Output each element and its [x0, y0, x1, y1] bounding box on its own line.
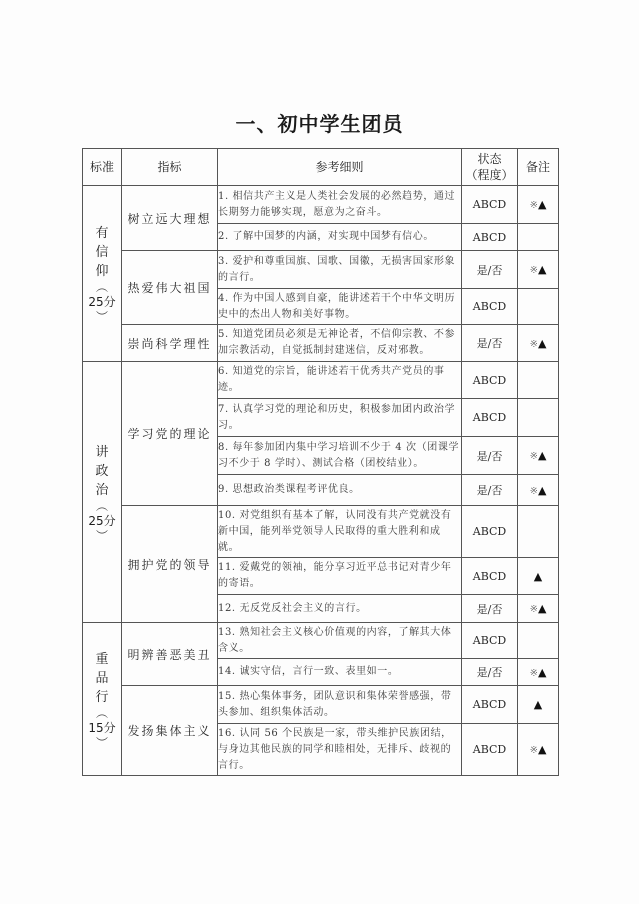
detail-cell: 15. 热心集体事务，团队意识和集体荣誉感强，带头参加、组织集体活动。 — [218, 686, 462, 724]
table-row: 发扬集体主义 15. 热心集体事务，团队意识和集体荣誉感强，带头参加、组织集体活… — [83, 686, 559, 724]
paren-open: ︵ — [83, 707, 121, 719]
status-cell: 是/否 — [462, 251, 518, 289]
reference-mark-icon: ※ — [530, 200, 538, 211]
detail-cell: 14. 诚实守信，言行一致、表里如一。 — [218, 659, 462, 686]
paren-open: ︵ — [83, 500, 121, 512]
remark-cell: ※▲ — [518, 325, 559, 362]
detail-cell: 2. 了解中国梦的内涵，对实现中国梦有信心。 — [218, 224, 462, 251]
header-status-line1: 状态 — [462, 151, 517, 167]
category-politics: 讲 政 治 ︵ 25分 ︶ — [83, 362, 122, 623]
triangle-icon: ▲ — [538, 337, 546, 350]
category-char: 讲 — [83, 443, 121, 462]
detail-cell: 6. 知道党的宗旨，能讲述若干优秀共产党员的事迹。 — [218, 362, 462, 399]
triangle-icon: ▲ — [538, 198, 546, 211]
detail-cell: 7. 认真学习党的理论和历史，积极参加团内政治学习。 — [218, 399, 462, 437]
status-cell: 是/否 — [462, 475, 518, 506]
status-cell: ABCD — [462, 289, 518, 325]
detail-cell: 13. 熟知社会主义核心价值观的内容，了解其大体含义。 — [218, 623, 462, 659]
paren-close: ︶ — [83, 530, 121, 542]
indicator-cell: 拥护党的领导 — [122, 506, 218, 623]
triangle-icon: ▲ — [538, 484, 546, 497]
evaluation-table: 标准 指标 参考细则 状态 （程度） 备注 有 信 仰 ︵ 25分 ︶ 树立远 — [82, 148, 559, 776]
triangle-icon: ▲ — [534, 570, 542, 583]
remark-cell — [518, 506, 559, 558]
triangle-icon: ▲ — [538, 263, 546, 276]
remark-cell — [518, 399, 559, 437]
detail-cell: 9. 思想政治类课程考评优良。 — [218, 475, 462, 506]
category-char: 信 — [83, 243, 121, 262]
header-status-line2: （程度） — [462, 167, 517, 183]
detail-cell: 8. 每年参加团内集中学习培训不少于 4 次（团课学习不少于 8 学时）、测试合… — [218, 437, 462, 475]
status-cell: ABCD — [462, 686, 518, 724]
remark-cell — [518, 289, 559, 325]
remark-cell: ※▲ — [518, 595, 559, 623]
category-conduct: 重 品 行 ︵ 15分 ︶ — [83, 623, 122, 776]
paren-open: ︵ — [83, 281, 121, 293]
detail-cell: 12. 无反党反社会主义的言行。 — [218, 595, 462, 623]
reference-mark-icon: ※ — [530, 451, 538, 462]
triangle-icon: ▲ — [538, 602, 546, 615]
status-cell: ABCD — [462, 362, 518, 399]
remark-cell: ※▲ — [518, 251, 559, 289]
category-char: 行 — [83, 688, 121, 707]
category-score: 25分 — [83, 512, 121, 530]
remark-cell: ※▲ — [518, 437, 559, 475]
remark-cell — [518, 224, 559, 251]
category-faith: 有 信 仰 ︵ 25分 ︶ — [83, 186, 122, 362]
header-indicator: 指标 — [122, 149, 218, 186]
remark-cell: ▲ — [518, 558, 559, 595]
triangle-icon: ▲ — [534, 698, 542, 711]
status-cell: 是/否 — [462, 325, 518, 362]
header-remarks: 备注 — [518, 149, 559, 186]
triangle-icon: ▲ — [538, 743, 546, 756]
detail-cell: 5. 知道党团员必须是无神论者，不信仰宗教、不参加宗教活动，自觉抵制封建迷信，反… — [218, 325, 462, 362]
detail-cell: 3. 爱护和尊重国旗、国歌、国徽，无损害国家形象的言行。 — [218, 251, 462, 289]
category-score: 25分 — [83, 293, 121, 311]
detail-cell: 10. 对党组织有基本了解，认同没有共产党就没有新中国，能列举党领导人民取得的重… — [218, 506, 462, 558]
paren-close: ︶ — [83, 311, 121, 323]
remark-cell: ※▲ — [518, 475, 559, 506]
remark-cell: ※▲ — [518, 659, 559, 686]
status-cell: ABCD — [462, 506, 518, 558]
reference-mark-icon: ※ — [530, 604, 538, 615]
reference-mark-icon: ※ — [530, 668, 538, 679]
status-cell: 是/否 — [462, 595, 518, 623]
table-header-row: 标准 指标 参考细则 状态 （程度） 备注 — [83, 149, 559, 186]
triangle-icon: ▲ — [538, 666, 546, 679]
category-score: 15分 — [83, 719, 121, 737]
table-row: 拥护党的领导 10. 对党组织有基本了解，认同没有共产党就没有新中国，能列举党领… — [83, 506, 559, 558]
status-cell: 是/否 — [462, 659, 518, 686]
remark-cell: ※▲ — [518, 186, 559, 224]
indicator-cell: 学习党的理论 — [122, 362, 218, 506]
status-cell: ABCD — [462, 224, 518, 251]
reference-mark-icon: ※ — [530, 265, 538, 276]
remark-cell — [518, 362, 559, 399]
header-status: 状态 （程度） — [462, 149, 518, 186]
indicator-cell: 崇尚科学理性 — [122, 325, 218, 362]
status-cell: 是/否 — [462, 437, 518, 475]
table-row: 热爱伟大祖国 3. 爱护和尊重国旗、国歌、国徽，无损害国家形象的言行。 是/否 … — [83, 251, 559, 289]
status-cell: ABCD — [462, 724, 518, 776]
remark-cell: ※▲ — [518, 724, 559, 776]
indicator-cell: 树立远大理想 — [122, 186, 218, 251]
paren-close: ︶ — [83, 737, 121, 749]
detail-cell: 16. 认同 56 个民族是一家，带头维护民族团结，与身边其他民族的同学和睦相处… — [218, 724, 462, 776]
triangle-icon: ▲ — [538, 449, 546, 462]
indicator-cell: 热爱伟大祖国 — [122, 251, 218, 325]
category-char: 政 — [83, 462, 121, 481]
table-row: 重 品 行 ︵ 15分 ︶ 明辨善恶美丑 13. 熟知社会主义核心价值观的内容，… — [83, 623, 559, 659]
detail-cell: 11. 爱戴党的领袖，能分享习近平总书记对青少年的寄语。 — [218, 558, 462, 595]
detail-cell: 1. 相信共产主义是人类社会发展的必然趋势，通过长期努力能够实现，愿意为之奋斗。 — [218, 186, 462, 224]
header-standard: 标准 — [83, 149, 122, 186]
category-char: 治 — [83, 481, 121, 500]
status-cell: ABCD — [462, 623, 518, 659]
category-char: 品 — [83, 669, 121, 688]
category-char: 重 — [83, 650, 121, 669]
remark-cell — [518, 623, 559, 659]
indicator-cell: 发扬集体主义 — [122, 686, 218, 776]
status-cell: ABCD — [462, 558, 518, 595]
category-char: 有 — [83, 224, 121, 243]
detail-cell: 4. 作为中国人感到自豪，能讲述若干个中华文明历史中的杰出人物和美好事物。 — [218, 289, 462, 325]
table-row: 有 信 仰 ︵ 25分 ︶ 树立远大理想 1. 相信共产主义是人类社会发展的必然… — [83, 186, 559, 224]
table-row: 讲 政 治 ︵ 25分 ︶ 学习党的理论 6. 知道党的宗旨，能讲述若干优秀共产… — [83, 362, 559, 399]
remark-cell: ▲ — [518, 686, 559, 724]
page-title: 一、初中学生团员 — [0, 108, 639, 137]
reference-mark-icon: ※ — [530, 745, 538, 756]
reference-mark-icon: ※ — [530, 486, 538, 497]
header-details: 参考细则 — [218, 149, 462, 186]
table-row: 崇尚科学理性 5. 知道党团员必须是无神论者，不信仰宗教、不参加宗教活动，自觉抵… — [83, 325, 559, 362]
indicator-cell: 明辨善恶美丑 — [122, 623, 218, 686]
reference-mark-icon: ※ — [530, 339, 538, 350]
status-cell: ABCD — [462, 399, 518, 437]
status-cell: ABCD — [462, 186, 518, 224]
category-char: 仰 — [83, 262, 121, 281]
